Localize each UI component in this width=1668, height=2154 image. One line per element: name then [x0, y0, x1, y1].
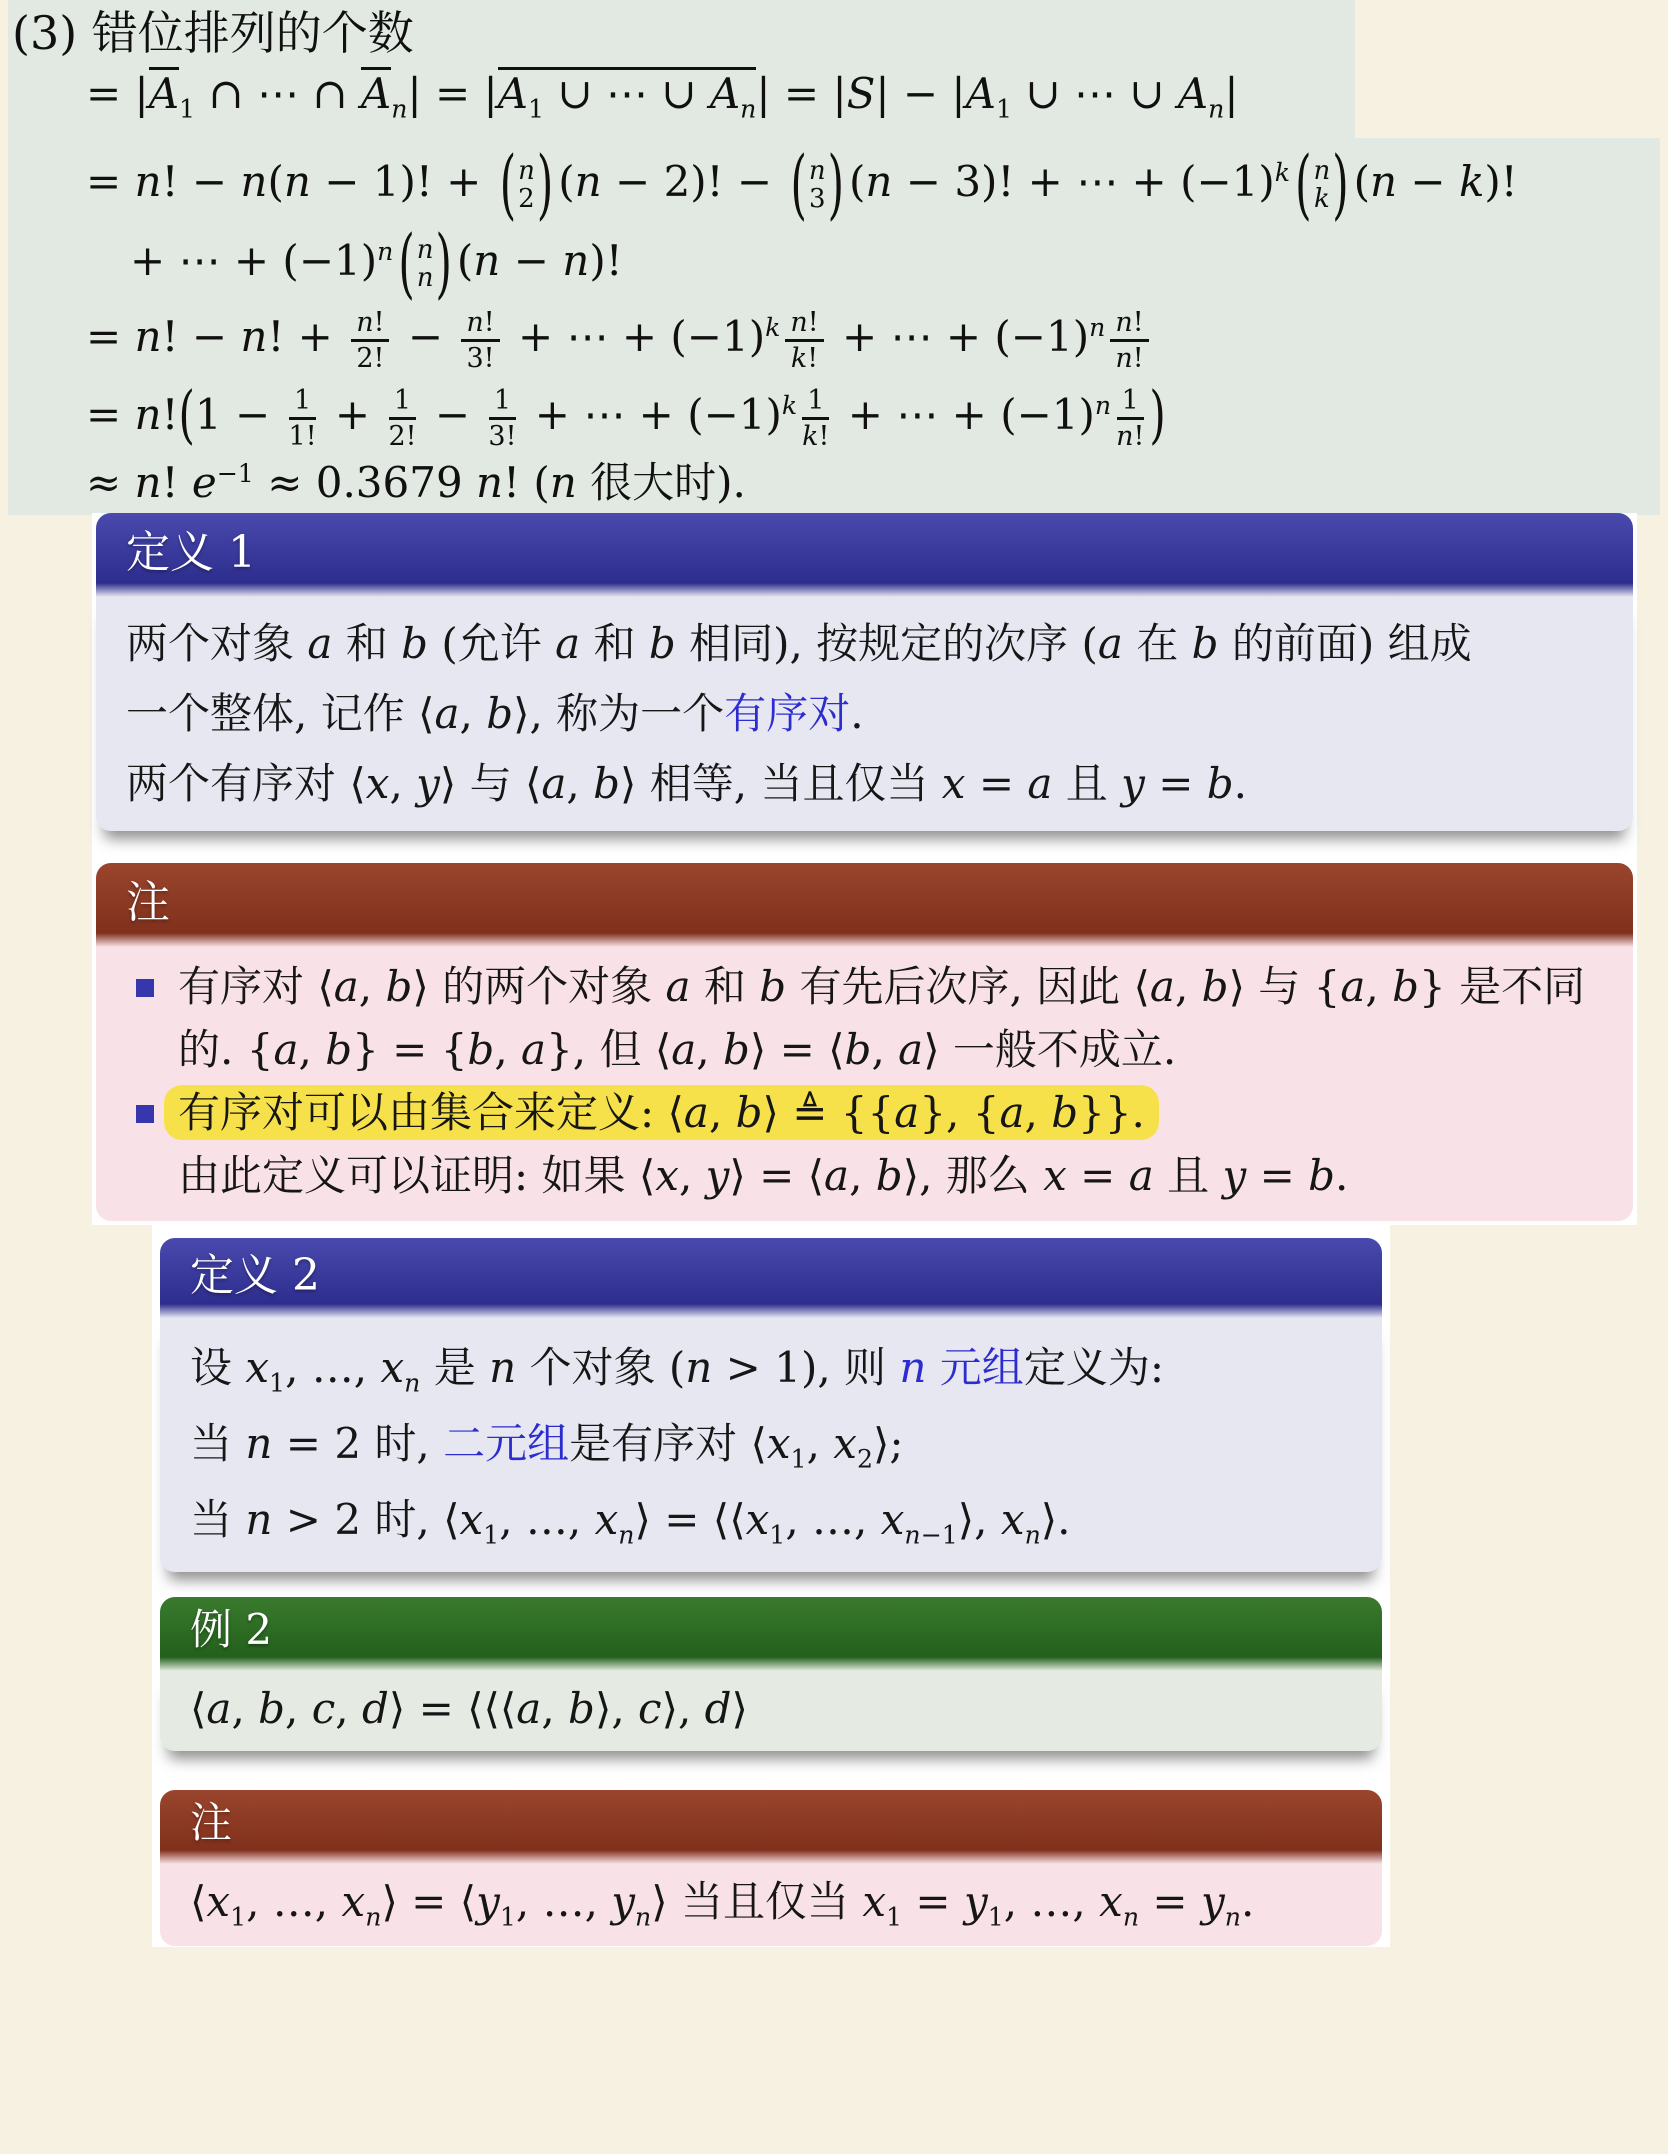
header-gradient — [160, 1850, 1382, 1864]
note-1-box: 注 有序对 ⟨a, b⟩ 的两个对象 a 和 b 有先后次序, 因此 ⟨a, b… — [96, 863, 1633, 1221]
text-line: 的. {a, b} = {b, a}, 但 ⟨a, b⟩ = ⟨b, a⟩ 一般… — [178, 1018, 1607, 1081]
math-derivation-line: = n!(1 − 11! + 12! − 13! + ⋯ + (−1)k1k! … — [86, 374, 1166, 456]
header-gradient — [96, 583, 1633, 597]
bullet-square-icon — [136, 1105, 154, 1123]
definition-1-body: 两个对象 a 和 b (允许 a 和 b 相同), 按规定的次序 (a 在 b … — [96, 597, 1633, 831]
definition-2-title: 定义 2 — [190, 1239, 320, 1303]
definition-1-header: 定义 1 — [96, 513, 1633, 583]
note-2-box: 注 ⟨x1, …, xn⟩ = ⟨y1, …, yn⟩ 当且仅当 x1 = y1… — [160, 1790, 1382, 1946]
example-2-body: ⟨a, b, c, d⟩ = ⟨⟨⟨a, b⟩, c⟩, d⟩ — [160, 1671, 1382, 1751]
definition-2-header: 定义 2 — [160, 1238, 1382, 1304]
note-1-header: 注 — [96, 863, 1633, 933]
math-derivation-line: = n! − n! + n!2! − n!3! + ⋯ + (−1)kn!k! … — [86, 298, 1154, 376]
text-line: ⟨x1, …, xn⟩ = ⟨y1, …, yn⟩ 当且仅当 x1 = y1, … — [190, 1870, 1352, 1934]
example-2-box: 例 2 ⟨a, b, c, d⟩ = ⟨⟨⟨a, b⟩, c⟩, d⟩ — [160, 1597, 1382, 1751]
text-line: 两个有序对 ⟨x, y⟩ 与 ⟨a, b⟩ 相等, 当且仅当 x = a 且 y… — [126, 749, 1603, 819]
note-2-body: ⟨x1, …, xn⟩ = ⟨y1, …, yn⟩ 当且仅当 x1 = y1, … — [160, 1864, 1382, 1946]
note-1-body: 有序对 ⟨a, b⟩ 的两个对象 a 和 b 有先后次序, 因此 ⟨a, b⟩ … — [96, 947, 1633, 1221]
text-line: 当 n > 2 时, ⟨x1, …, xn⟩ = ⟨⟨x1, …, xn−1⟩,… — [190, 1482, 1352, 1558]
text-line: 由此定义可以证明: 如果 ⟨x, y⟩ = ⟨a, b⟩, 那么 x = a 且… — [178, 1144, 1607, 1207]
text-line: 当 n = 2 时, 二元组是有序对 ⟨x1, x2⟩; — [190, 1406, 1352, 1482]
text-line: 设 x1, …, xn 是 n 个对象 (n > 1), 则 n 元组定义为: — [190, 1330, 1352, 1406]
definition-1-box: 定义 1 两个对象 a 和 b (允许 a 和 b 相同), 按规定的次序 (a… — [96, 513, 1633, 831]
note-bullet-item: 有序对 ⟨a, b⟩ 的两个对象 a 和 b 有先后次序, 因此 ⟨a, b⟩ … — [122, 955, 1607, 1081]
example-2-header: 例 2 — [160, 1597, 1382, 1657]
text-line: 两个对象 a 和 b (允许 a 和 b 相同), 按规定的次序 (a 在 b … — [126, 609, 1603, 679]
header-gradient — [160, 1304, 1382, 1318]
definition-2-body: 设 x1, …, xn 是 n 个对象 (n > 1), 则 n 元组定义为:当… — [160, 1318, 1382, 1572]
definition-1-title: 定义 1 — [126, 516, 256, 580]
note-2-header: 注 — [160, 1790, 1382, 1850]
text-line: 一个整体, 记作 ⟨a, b⟩, 称为一个有序对. — [126, 679, 1603, 749]
example-2-title: 例 2 — [190, 1597, 272, 1657]
header-gradient — [96, 933, 1633, 947]
text-line: 有序对可以由集合来定义: ⟨a, b⟩ ≜ {{a}, {a, b}}. — [178, 1081, 1607, 1144]
bullet-square-icon — [136, 979, 154, 997]
definition-2-box: 定义 2 设 x1, …, xn 是 n 个对象 (n > 1), 则 n 元组… — [160, 1238, 1382, 1572]
note-1-title: 注 — [126, 866, 170, 930]
text-line: ⟨a, b, c, d⟩ = ⟨⟨⟨a, b⟩, c⟩, d⟩ — [190, 1677, 1352, 1741]
math-derivation-line: = |A1 ∩ ⋯ ∩ An| = |A1 ∪ ⋯ ∪ An| = |S| − … — [86, 64, 1239, 124]
note-2-title: 注 — [190, 1790, 232, 1850]
header-gradient — [160, 1657, 1382, 1671]
text-line: 有序对 ⟨a, b⟩ 的两个对象 a 和 b 有先后次序, 因此 ⟨a, b⟩ … — [178, 955, 1607, 1018]
derivation-title: (3) 错位排列的个数 — [12, 4, 414, 62]
math-derivation-line: + ⋯ + (−1)n(nn)(n − n)! — [130, 222, 623, 303]
math-derivation-line: ≈ n! e−1 ≈ 0.3679 n! (n 很大时). — [86, 452, 746, 514]
math-derivation-line: = n! − n(n − 1)! + (n2)(n − 2)! − (n3)(n… — [86, 142, 1518, 225]
note-bullet-item: 有序对可以由集合来定义: ⟨a, b⟩ ≜ {{a}, {a, b}}.由此定义… — [122, 1081, 1607, 1207]
